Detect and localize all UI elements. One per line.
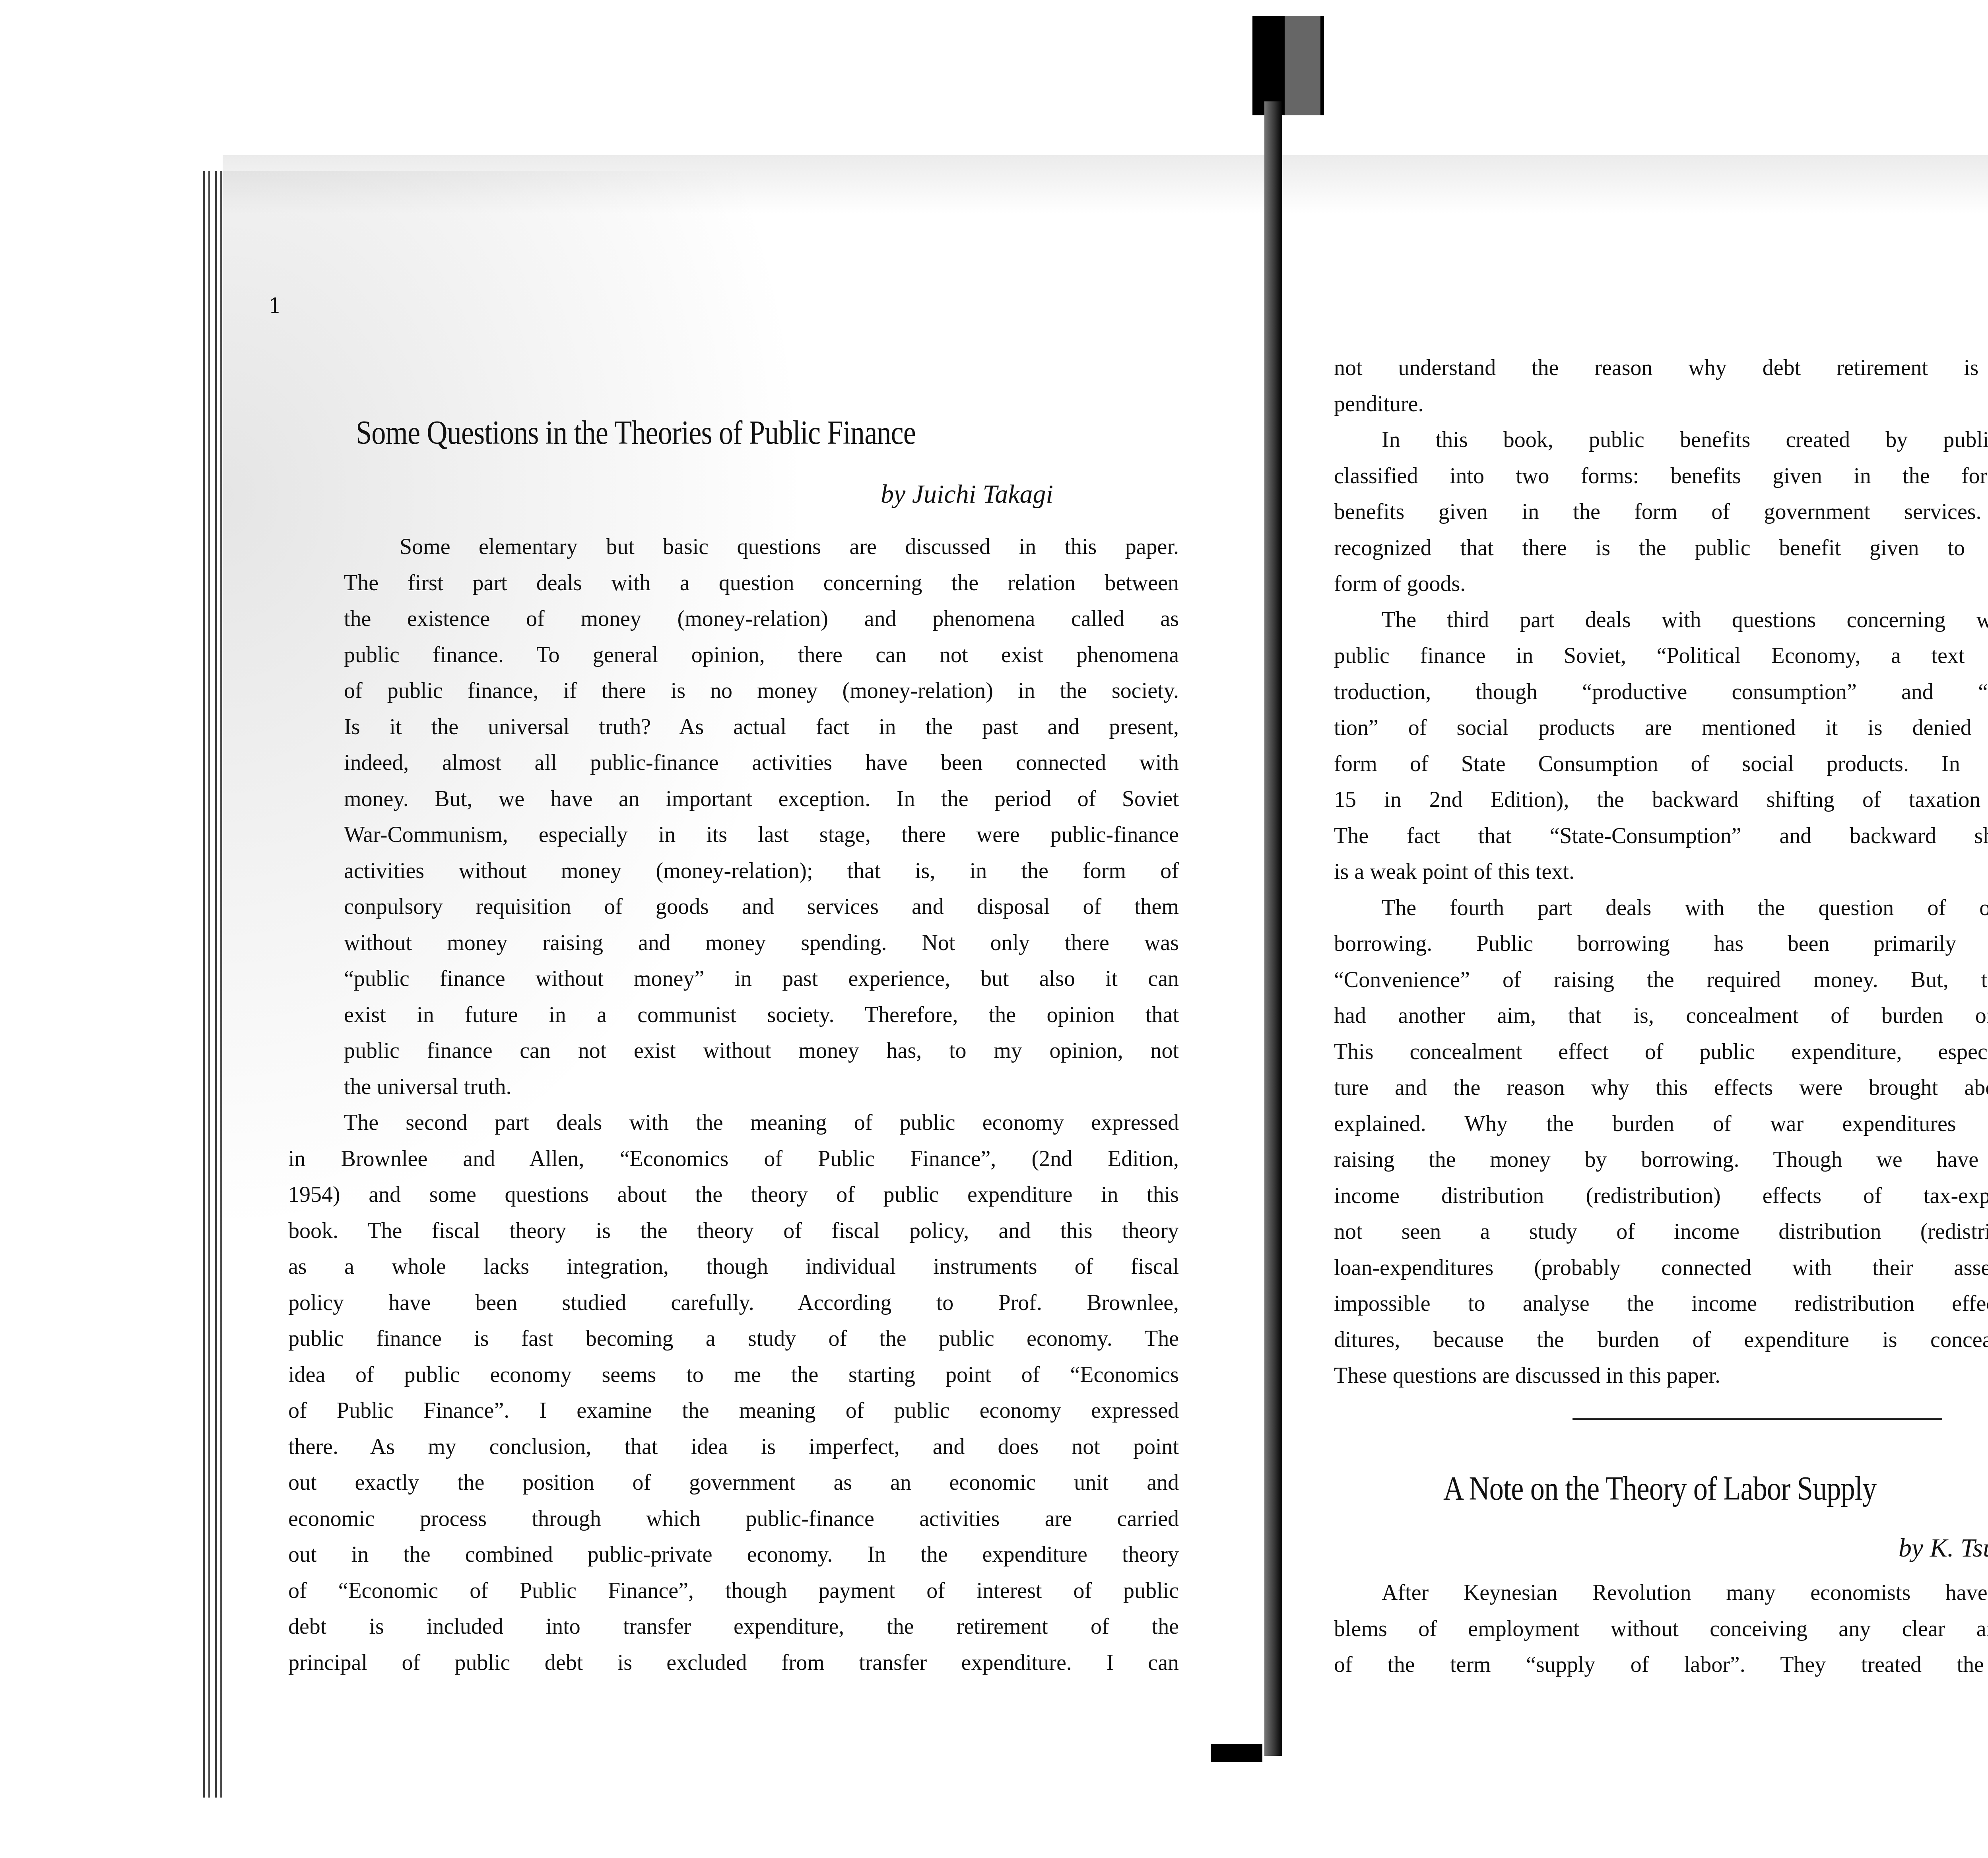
text-line: money. But, we have an important excepti… <box>288 781 1179 817</box>
article-byline: by K. Tsujimura <box>1899 1533 1988 1563</box>
text-line: had another aim, that is, concealment of… <box>1334 998 1988 1034</box>
section-divider <box>1573 1418 1942 1420</box>
text-line: income distribution (redistribution) eff… <box>1334 1178 1988 1214</box>
text-line: policy have been studied carefully. Acco… <box>288 1285 1179 1321</box>
text-line: conpulsory requisition of goods and serv… <box>288 889 1179 925</box>
text-line: form of goods. <box>1334 566 1988 602</box>
text-line: War-Communism, especially in its last st… <box>288 817 1179 853</box>
text-line: The third part deals with questions conc… <box>1334 602 1988 638</box>
text-line: public finance is fast becoming a study … <box>288 1321 1179 1357</box>
text-line: The fact that “State-Consumption” and ba… <box>1334 818 1988 854</box>
text-line: as a whole lacks integration, though ind… <box>288 1249 1179 1285</box>
text-line: book. The fiscal theory is the theory of… <box>288 1213 1179 1249</box>
text-line: principal of public debt is excluded fro… <box>288 1645 1179 1681</box>
text-line: activities without money (money-relation… <box>288 853 1179 889</box>
paragraph: In this book, public benefits created by… <box>1334 422 1988 602</box>
text-line: tion” of social products are mentioned i… <box>1334 710 1988 746</box>
text-line: out in the combined public-private econo… <box>288 1537 1179 1573</box>
text-line: These questions are discussed in this pa… <box>1334 1358 1988 1394</box>
text-line: economic process through which public-fi… <box>288 1501 1179 1537</box>
text-line: public finance. To general opinion, ther… <box>288 637 1179 673</box>
spine-top-binding <box>1252 16 1324 115</box>
text-line: “Convenience” of raising the required mo… <box>1334 962 1988 998</box>
text-line: the universal truth. <box>288 1069 1179 1105</box>
text-line: is a weak point of this text. <box>1334 854 1988 890</box>
paragraph: After Keynesian Revolution many economis… <box>1334 1575 1988 1683</box>
text-line: public finance can not exist without mon… <box>288 1033 1179 1069</box>
text-line: penditure. <box>1334 386 1988 422</box>
text-line: not understand the reason why debt retir… <box>1334 350 1988 386</box>
left-page-edge <box>203 171 223 1798</box>
article-body-right: After Keynesian Revolution many economis… <box>1334 1575 1988 1683</box>
book-spine <box>1264 101 1282 1756</box>
text-line: classified into two forms: benefits give… <box>1334 458 1988 494</box>
paragraph: The third part deals with questions conc… <box>1334 602 1988 890</box>
text-line: public finance in Soviet, “Political Eco… <box>1334 638 1988 674</box>
text-line: of “Economic of Public Finance”, though … <box>288 1573 1179 1609</box>
text-line: The second part deals with the meaning o… <box>288 1105 1179 1141</box>
text-line: blems of employment without conceiving a… <box>1334 1611 1988 1647</box>
text-line: of the term “supply of labor”. They trea… <box>1334 1647 1988 1683</box>
text-line: raising the money by borrowing. Though w… <box>1334 1142 1988 1178</box>
article-body-left: Some elementary but basic questions are … <box>288 529 1179 1681</box>
text-line: troduction, though “productive consumpti… <box>1334 674 1988 710</box>
text-line: there. As my conclusion, that idea is im… <box>288 1429 1179 1465</box>
text-line: loan-expenditures (probably connected wi… <box>1334 1250 1988 1286</box>
text-line: In this book, public benefits created by… <box>1334 422 1988 458</box>
paragraph: The fourth part deals with the question … <box>1334 890 1988 1394</box>
text-line: debt is included into transfer expenditu… <box>288 1609 1179 1645</box>
page-number-left: 1 <box>268 294 282 318</box>
text-line: After Keynesian Revolution many economis… <box>1334 1575 1988 1611</box>
text-line: idea of public economy seems to me the s… <box>288 1357 1179 1393</box>
text-line: explained. Why the burden of war expendi… <box>1334 1106 1988 1142</box>
text-line: benefits given in the form of government… <box>1334 494 1988 530</box>
text-line: out exactly the position of government a… <box>288 1465 1179 1501</box>
text-line: form of State Consumption of social prod… <box>1334 746 1988 782</box>
text-line: ture and the reason why this effects wer… <box>1334 1070 1988 1106</box>
text-line: impossible to analyse the income redistr… <box>1334 1286 1988 1322</box>
text-line: not seen a study of income distribution … <box>1334 1214 1988 1250</box>
paragraph: Some elementary but basic questions are … <box>288 529 1179 1105</box>
text-line: the existence of money (money-relation) … <box>288 601 1179 637</box>
text-line: Is it the universal truth? As actual fac… <box>288 709 1179 745</box>
paragraph: The second part deals with the meaning o… <box>288 1105 1179 1681</box>
text-line: ditures, because the burden of expenditu… <box>1334 1322 1988 1358</box>
text-line: of Public Finance”. I examine the meanin… <box>288 1393 1179 1429</box>
paragraph-continuation: not understand the reason why debt retir… <box>1334 350 1988 422</box>
text-line: indeed, almost all public-finance activi… <box>288 745 1179 781</box>
text-line: without money raising and money spending… <box>288 925 1179 961</box>
article-title: A Note on the Theory of Labor Supply <box>1443 1469 1876 1508</box>
spine-foot-binding <box>1211 1744 1262 1762</box>
text-line: 1954) and some questions about the theor… <box>288 1177 1179 1213</box>
text-line: This concealment effect of public expend… <box>1334 1034 1988 1070</box>
book-spread: 1 Some Questions in the Theories of Publ… <box>0 0 1988 1858</box>
text-line: borrowing. Public borrowing has been pri… <box>1334 926 1988 962</box>
text-line: The first part deals with a question con… <box>288 565 1179 601</box>
text-line: Some elementary but basic questions are … <box>288 529 1179 565</box>
text-line: in Brownlee and Allen, “Economics of Pub… <box>288 1141 1179 1177</box>
article-body-right-continued: not understand the reason why debt retir… <box>1334 350 1988 1394</box>
article-byline: by Juichi Takagi <box>881 479 1053 509</box>
article-title: Some Questions in the Theories of Public… <box>356 414 916 452</box>
text-line: The fourth part deals with the question … <box>1334 890 1988 926</box>
text-line: 15 in 2nd Edition), the backward shiftin… <box>1334 782 1988 818</box>
text-line: of public finance, if there is no money … <box>288 673 1179 709</box>
text-line: “public finance without money” in past e… <box>288 961 1179 997</box>
text-line: exist in future in a communist society. … <box>288 997 1179 1033</box>
text-line: recognized that there is the public bene… <box>1334 530 1988 566</box>
